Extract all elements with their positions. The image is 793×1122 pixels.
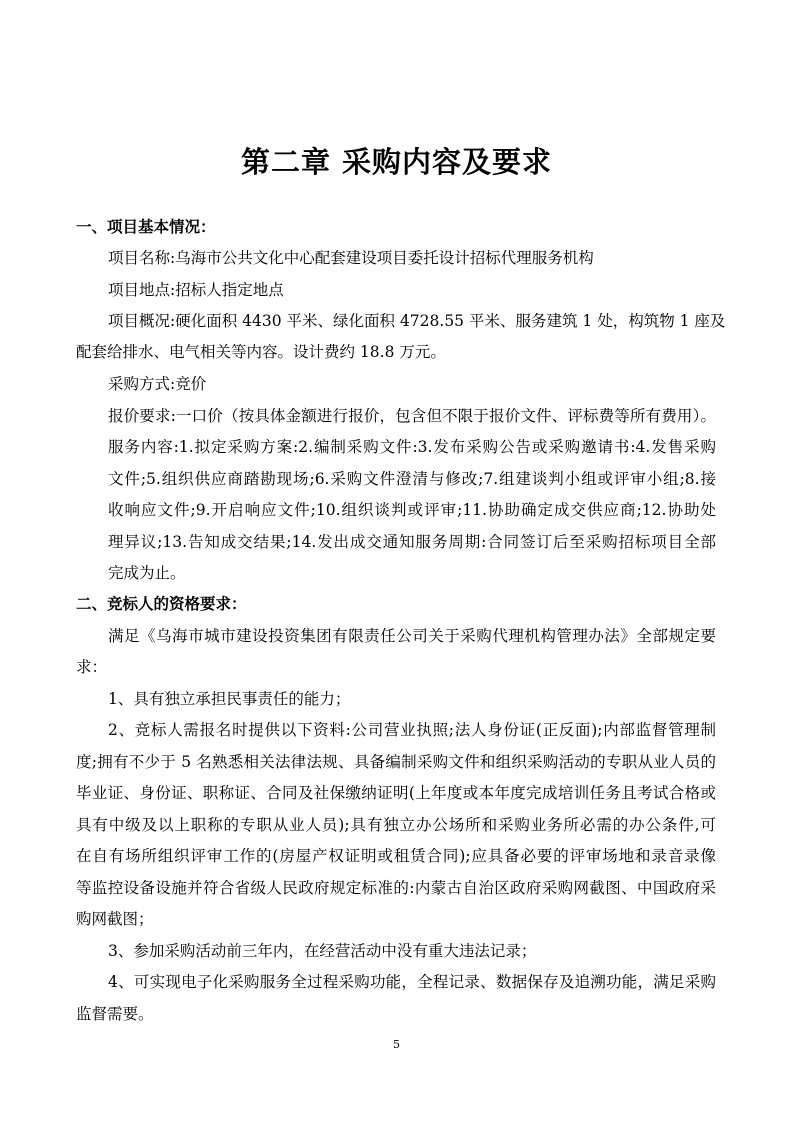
quote-requirement: 报价要求:一口价（按具体金额进行报价，包含但不限于报价文件、评标费等所有费用）。 [108,406,716,426]
page-number: 5 [0,1038,793,1051]
section-heading-project-info: 一、项目基本情况： [76,217,216,237]
project-overview-cont: 配套给排水、电气相关等内容。设计费约 18.8 万元。 [76,342,446,362]
project-location: 项目地点:招标人指定地点 [108,280,284,300]
section-heading-qualifications: 二、竞标人的资格要求： [76,594,247,614]
qualification-item-4: 4、可实现电子化采购服务全过程采购功能，全程记录、数据保存及追溯功能，满足采购 [108,972,716,992]
qualification-item-2-cont: 具有中级及以上职称的专职从业人员);具有独立办公场所和采购业务所必需的办公条件,… [76,815,716,835]
qualification-item-4-cont: 监督需要。 [76,1004,154,1024]
qualification-item-2-cont: 毕业证、身份证、职称证、合同及社保缴纳证明(上年度或本年度完成培训任务且考试合格… [76,783,716,803]
qualification-item-2: 2、竞标人需报名时提供以下资料:公司营业执照;法人身份证(正反面);内部监督管理… [108,720,716,740]
chapter-title: 第二章 采购内容及要求 [0,140,793,181]
qualification-item-2-cont: 等监控设备设施并符合省级人民政府规定标准的:内蒙古自治区政府采购网截图、中国政府… [76,878,716,898]
qualification-item-2-cont: 购网截图； [76,909,154,929]
qualification-item-2-cont: 在自有场所组织评审工作的(房屋产权证明或租赁合同);应具备必要的评审场地和录音录… [76,846,716,866]
qualification-item-2-cont: 度;拥有不少于 5 名熟悉相关法律法规、具备编制采购文件和组织采购活动的专职从业… [76,752,716,772]
service-content: 服务内容:1.拟定采购方案:2.编制采购文件:3.发布采购公告或采购邀请书:4.… [108,437,716,457]
procurement-method: 采购方式:竞价 [108,374,206,394]
qualification-item-1: 1、具有独立承担民事责任的能力； [108,689,350,709]
project-name: 项目名称:乌海市公共文化中心配套建设项目委托设计招标代理服务机构 [108,248,594,268]
service-content-cont: 完成为止。 [108,563,186,583]
service-content-cont: 理异议;13.告知成交结果;14.发出成交通知服务周期:合同签订后至采购招标项目… [108,532,716,552]
qualification-item-3: 3、参加采购活动前三年内，在经营活动中没有重大违法记录； [108,941,536,961]
qualification-intro-cont: 求： [76,657,107,677]
document-page: 第二章 采购内容及要求 一、项目基本情况： 项目名称:乌海市公共文化中心配套建设… [0,0,793,1122]
project-overview: 项目概况:硬化面积 4430 平米、绿化面积 4728.55 平米、服务建筑 1… [108,311,716,331]
service-content-cont: 文件;5.组织供应商踏勘现场;6.采购文件澄清与修改;7.组建谈判小组或评审小组… [108,469,716,489]
qualification-intro: 满足《乌海市城市建设投资集团有限责任公司关于采购代理机构管理办法》全部规定要 [108,626,716,646]
service-content-cont: 收响应文件;9.开启响应文件;10.组织谈判或评审;11.协助确定成交供应商;1… [108,500,716,520]
